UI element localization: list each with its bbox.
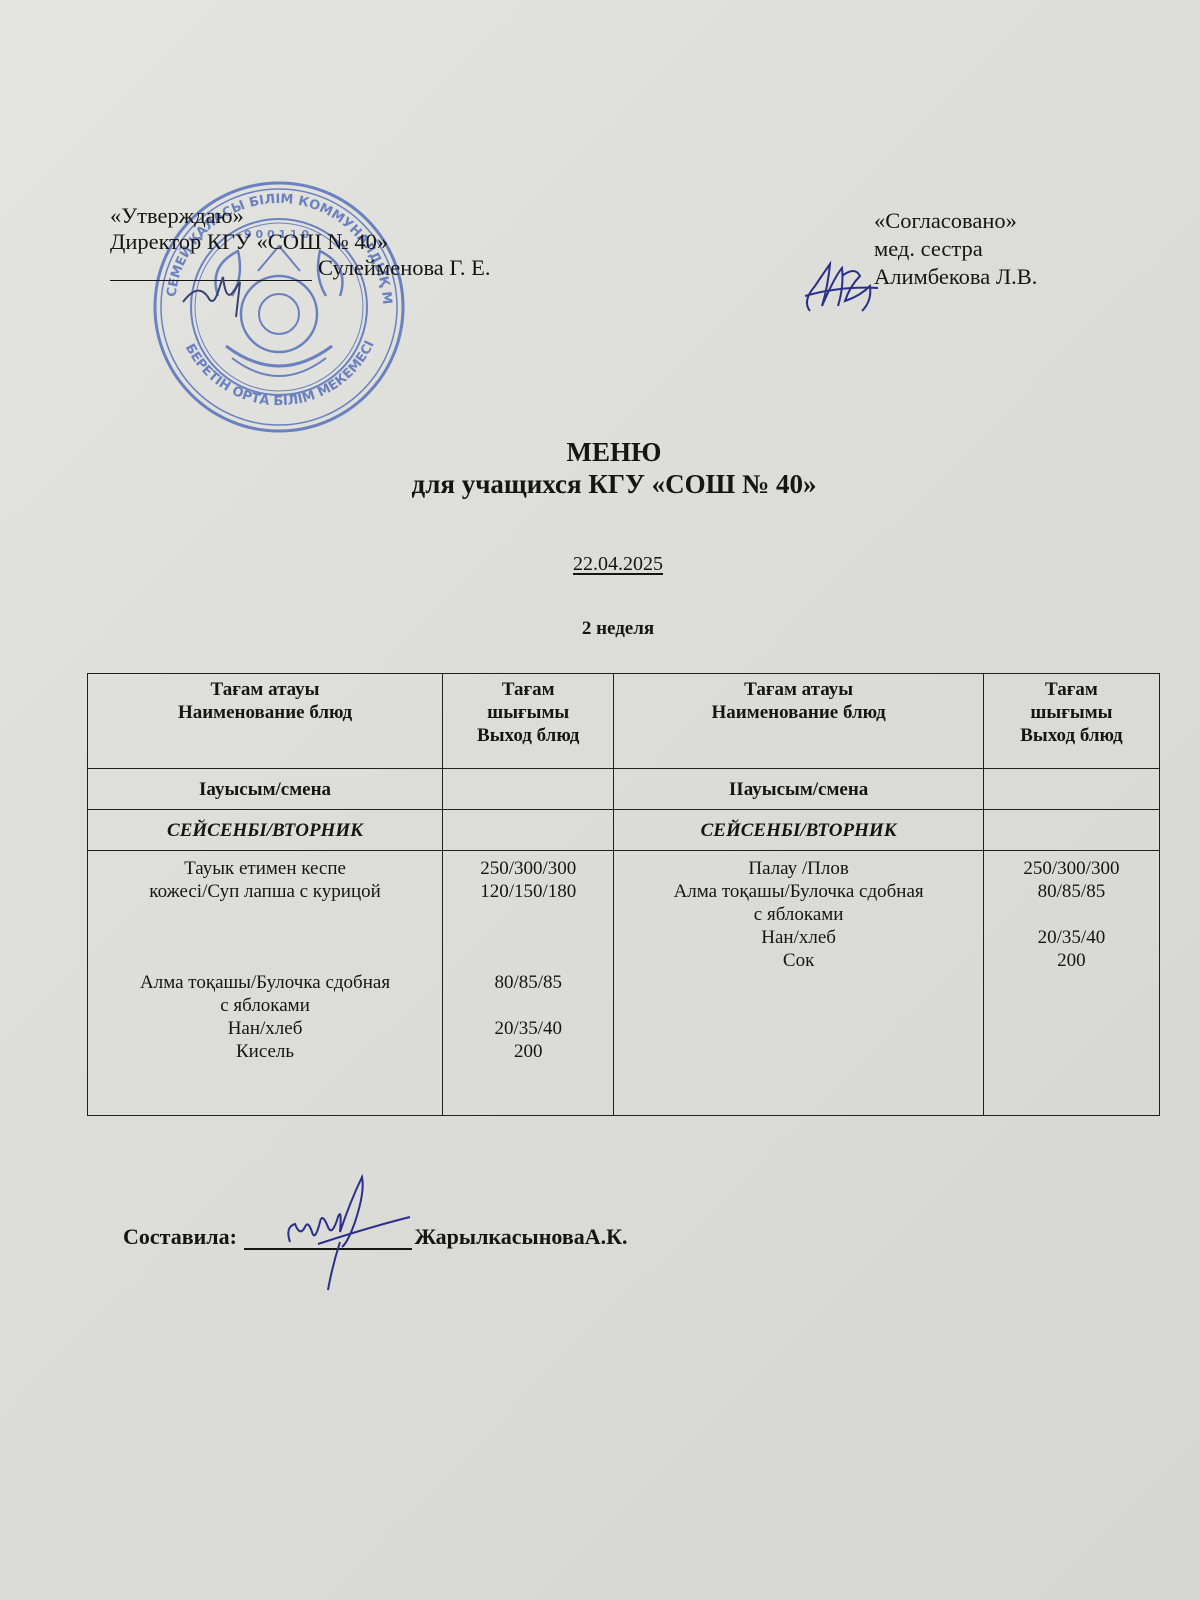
- svg-text:БЕРЕТІН ОРТА БІЛІМ МЕКЕМЕСІ: БЕРЕТІН ОРТА БІЛІМ МЕКЕМЕСІ: [182, 339, 378, 410]
- header-dish-name-1: Тағам атауы Наименование блюд: [88, 674, 443, 769]
- empty-cell: [443, 810, 614, 851]
- header-dish-yield-2: Тағам шығымы Выход блюд: [983, 674, 1159, 769]
- table-header-row: Тағам атауы Наименование блюд Тағам шығы…: [88, 674, 1160, 769]
- empty-cell: [983, 810, 1159, 851]
- dish-yield: 20/35/40: [447, 1017, 609, 1040]
- empty-cell: [443, 769, 614, 810]
- table-row-shift: Іауысым/смена ІІауысым/смена: [88, 769, 1160, 810]
- approval-block-left: «Утверждаю» Директор КГУ «СОШ № 40» Суле…: [110, 203, 491, 281]
- dish-name: Палау /Плов: [618, 857, 978, 880]
- dish-yield: 80/85/85: [988, 880, 1155, 903]
- dish-name: Алма тоқашы/Булочка сдобная: [92, 971, 438, 994]
- composed-by-label: Составила:: [123, 1224, 237, 1249]
- dish-yield: 200: [447, 1040, 609, 1063]
- dish-name: Нан/хлеб: [92, 1017, 438, 1040]
- dish-name: кожесі/Суп лапша с курицой: [92, 880, 438, 903]
- page-subtitle: для учащихся КГУ «СОШ № 40»: [0, 468, 1200, 500]
- menu-title-block: МЕНЮ для учащихся КГУ «СОШ № 40»: [0, 436, 1200, 500]
- director-signature-icon: [178, 262, 268, 322]
- approval-position: мед. сестра: [874, 235, 1037, 263]
- header-dish-name-2: Тағам атауы Наименование блюд: [614, 674, 983, 769]
- nurse-signature-icon: [800, 256, 880, 318]
- composer-signature-icon: [280, 1172, 430, 1292]
- approver-name: Алимбекова Л.В.: [874, 263, 1037, 291]
- shift-2-dishes: Палау /Плов Алма тоқашы/Булочка сдобная …: [614, 851, 983, 1116]
- dish-name: с яблоками: [92, 994, 438, 1017]
- dish-yield: 80/85/85: [447, 971, 609, 994]
- approval-signature-row: Сулейменова Г. Е.: [110, 255, 491, 281]
- dish-yield: 120/150/180: [447, 880, 609, 903]
- dish-yield: 200: [988, 949, 1155, 972]
- document-page: СЕМЕЙ ҚАЛАСЫ БІЛІМ КОММУНАЛДЫҚ МЕМ БЕРЕТ…: [0, 0, 1200, 1600]
- page-title: МЕНЮ: [0, 436, 1200, 468]
- approval-heading: «Согласовано»: [874, 207, 1037, 235]
- approver-name: Сулейменова Г. Е.: [318, 255, 491, 280]
- approval-heading: «Утверждаю»: [110, 203, 491, 229]
- dish-name: Нан/хлеб: [618, 926, 978, 949]
- empty-cell: [983, 769, 1159, 810]
- dish-name: Кисель: [92, 1040, 438, 1063]
- dish-yield: 20/35/40: [988, 926, 1155, 949]
- dish-yield: 250/300/300: [988, 857, 1155, 880]
- shift-2-label: ІІауысым/смена: [614, 769, 983, 810]
- dish-name: Тауык етимен кеспе: [92, 857, 438, 880]
- table-row-day: СЕЙСЕНБІ/ВТОРНИК СЕЙСЕНБІ/ВТОРНИК: [88, 810, 1160, 851]
- dish-yield: 250/300/300: [447, 857, 609, 880]
- shift-1-dishes: Тауык етимен кеспе кожесі/Суп лапша с ку…: [88, 851, 443, 1116]
- day-1-label: СЕЙСЕНБІ/ВТОРНИК: [88, 810, 443, 851]
- dish-name: Сок: [618, 949, 978, 972]
- day-2-label: СЕЙСЕНБІ/ВТОРНИК: [614, 810, 983, 851]
- approval-block-right: «Согласовано» мед. сестра Алимбекова Л.В…: [874, 207, 1037, 291]
- table-row-dishes: Тауык етимен кеспе кожесі/Суп лапша с ку…: [88, 851, 1160, 1116]
- shift-2-yields: 250/300/300 80/85/85 20/35/40 200: [983, 851, 1159, 1116]
- menu-week: 2 неделя: [0, 618, 1200, 640]
- approval-position: Директор КГУ «СОШ № 40»: [110, 229, 491, 255]
- composer-name: ЖарылкасыноваА.К.: [414, 1224, 627, 1249]
- dish-name: с яблоками: [618, 903, 978, 926]
- dish-name: Алма тоқашы/Булочка сдобная: [618, 880, 978, 903]
- menu-date: 22.04.2025: [0, 553, 1200, 576]
- shift-1-yields: 250/300/300 120/150/180 80/85/85 20/35/4…: [443, 851, 614, 1116]
- shift-1-label: Іауысым/смена: [88, 769, 443, 810]
- header-dish-yield-1: Тағам шығымы Выход блюд: [443, 674, 614, 769]
- menu-table: Тағам атауы Наименование блюд Тағам шығы…: [87, 673, 1160, 1116]
